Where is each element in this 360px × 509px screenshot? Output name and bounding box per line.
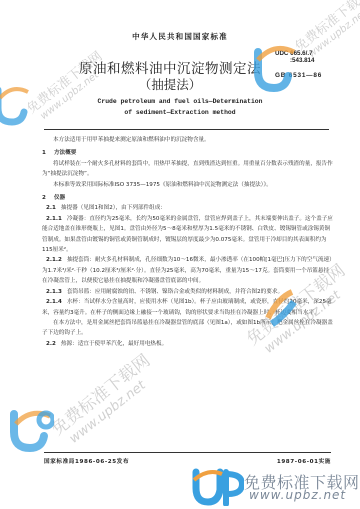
- clause-number: 2.1.2: [46, 257, 62, 263]
- footer-divider: [44, 452, 331, 453]
- clause-2-1: 2.1抽提器（见图1和图2），由下列部件组成：: [42, 203, 334, 213]
- section-1-paragraph-2: 本标准等效采用国际标准ISO 3735—1975《原油和燃料油中沉淀物测定法（抽…: [42, 180, 334, 190]
- intro-paragraph: 本方法适用于用甲苯抽提来测定原油和燃料油中的沉淀物含量。: [42, 135, 334, 145]
- clause-2-1-2: 2.1.2抽提套筒：耐火多孔材料制成，孔径细数为10～16微米，最小渗透率（在1…: [42, 255, 334, 286]
- clause-text: 抽提器（见图1和图2），由下列部件组成：: [61, 205, 166, 211]
- header-divider: [44, 129, 329, 130]
- clause-2-2: 2.2热源：适宜于使甲苯汽化，最好用电热板。: [42, 339, 334, 349]
- section-number: 2: [42, 193, 52, 203]
- up-logo-icon: [0, 78, 34, 128]
- clause-text: 冷凝器：直径约为25毫米，长约为50毫米的金属盘管，盘管应焊到盖子上，其末端要伸…: [42, 216, 333, 253]
- effective-date: 1987-06-01实施: [277, 457, 331, 465]
- section-1-paragraph-1: 将试样装在一个耐火多孔材料的套筒中，用热甲苯抽提，直到残渣达到恒重。用重量百分数…: [42, 159, 334, 180]
- clause-text: 抽提套筒：耐火多孔材料制成，孔径细数为10～16微米，最小渗透率（在100帕[1…: [42, 257, 332, 284]
- section-2-heading: 2 仪器: [42, 193, 334, 203]
- section-1-heading: 1 方法概要: [42, 148, 334, 158]
- up-logo-icon: [258, 288, 298, 328]
- clause-text: 热源：适宜于使甲苯汽化，最好用电热板。: [61, 341, 167, 347]
- section-title: 仪器: [54, 195, 65, 201]
- issue-date: 国家标准局1986-06-25发布: [44, 457, 129, 465]
- document-subtitle-zh: （抽提法）: [70, 75, 270, 93]
- upbz-logo-icon: [190, 466, 244, 506]
- clause-2-1-1: 2.1.1冷凝器：直径约为25毫米，长约为50毫米的金属盘管，盘管应焊到盖子上，…: [42, 214, 334, 256]
- watermark-text-bottom-left: 免费标准下载网 www.upbz.net: [45, 347, 163, 452]
- watermark-site-url: www.upbz.net: [249, 488, 346, 502]
- clause-number: 2.1.4: [46, 299, 62, 305]
- national-standard-header: 中华人民共和国国家标准: [0, 31, 360, 42]
- up-logo-icon: [250, 36, 300, 96]
- title-en-line2: of sediment—Extraction method: [60, 107, 300, 118]
- section-number: 1: [42, 148, 52, 158]
- clause-number: 2.1: [46, 205, 56, 211]
- up-logo-icon: [8, 404, 54, 454]
- document-page: 中华人民共和国国家标准 原油和燃料油中沉淀物测定法 （抽提法） Crude pe…: [0, 0, 360, 509]
- document-title-zh: 原油和燃料油中沉淀物测定法: [70, 57, 270, 77]
- document-title-en: Crude petroleum and fuel oils—Determinat…: [60, 96, 300, 118]
- section-title: 方法概要: [54, 150, 76, 156]
- clause-number: 2.1.3: [46, 289, 62, 295]
- title-en-line1: Crude petroleum and fuel oils—Determinat…: [60, 96, 300, 107]
- clause-number: 2.2: [46, 341, 56, 347]
- clause-number: 2.1.1: [46, 216, 62, 222]
- clause-text: 套筒吊篮：应用耐腐蚀的铂、不锈钢、镍铬合金或类似的材料制成，并符合图2的要求。: [67, 289, 283, 295]
